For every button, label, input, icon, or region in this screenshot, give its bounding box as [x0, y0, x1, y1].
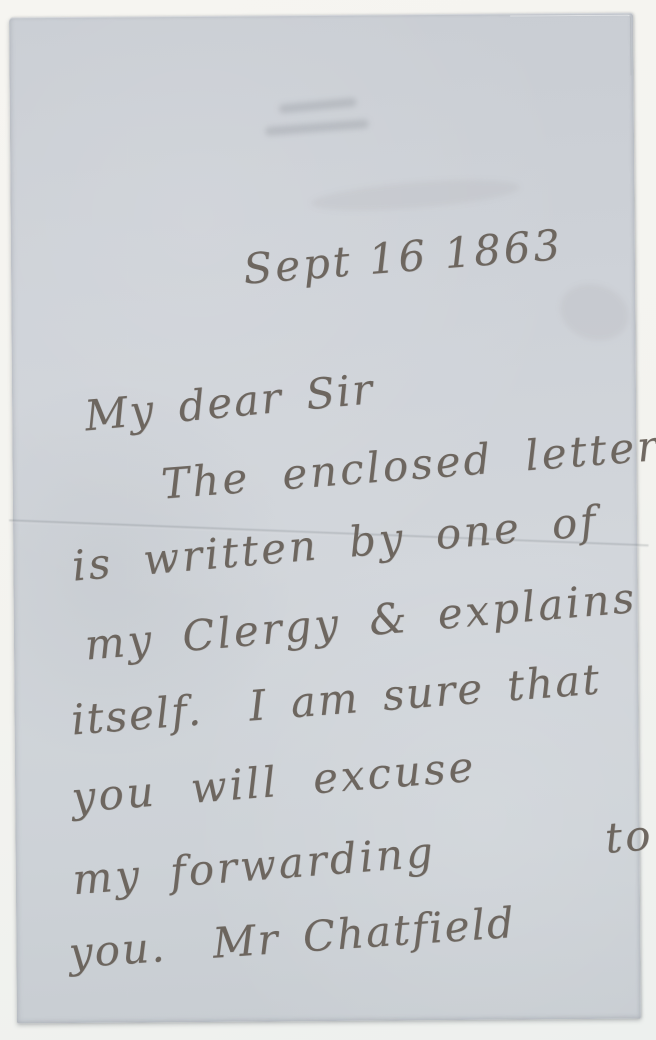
ink-showthrough	[553, 276, 636, 350]
handwritten-line: itself. I am sure that	[69, 654, 602, 744]
embossed-letterhead-stamp	[265, 95, 385, 146]
handwritten-line: is written by one of	[70, 496, 600, 590]
fold-crease	[9, 519, 649, 547]
handwritten-line: my forwarding to	[71, 810, 655, 904]
embossed-stamp-line	[279, 97, 358, 113]
date-line: Sept 16 1863	[242, 220, 565, 294]
embossed-stamp-line	[265, 119, 369, 136]
handwritten-line: my Clergy & explains	[83, 573, 639, 670]
letter-page: Sept 16 1863 My dear Sir The enclosed le…	[9, 13, 641, 1024]
ink-showthrough	[310, 174, 521, 216]
handwritten-line: The enclosed letter	[159, 421, 656, 509]
handwritten-line: you. Mr Chatfield	[67, 898, 517, 978]
photograph: Sept 16 1863 My dear Sir The enclosed le…	[0, 0, 656, 1040]
handwritten-line: you will excuse	[70, 742, 478, 822]
salutation-line: My dear Sir	[82, 364, 376, 440]
